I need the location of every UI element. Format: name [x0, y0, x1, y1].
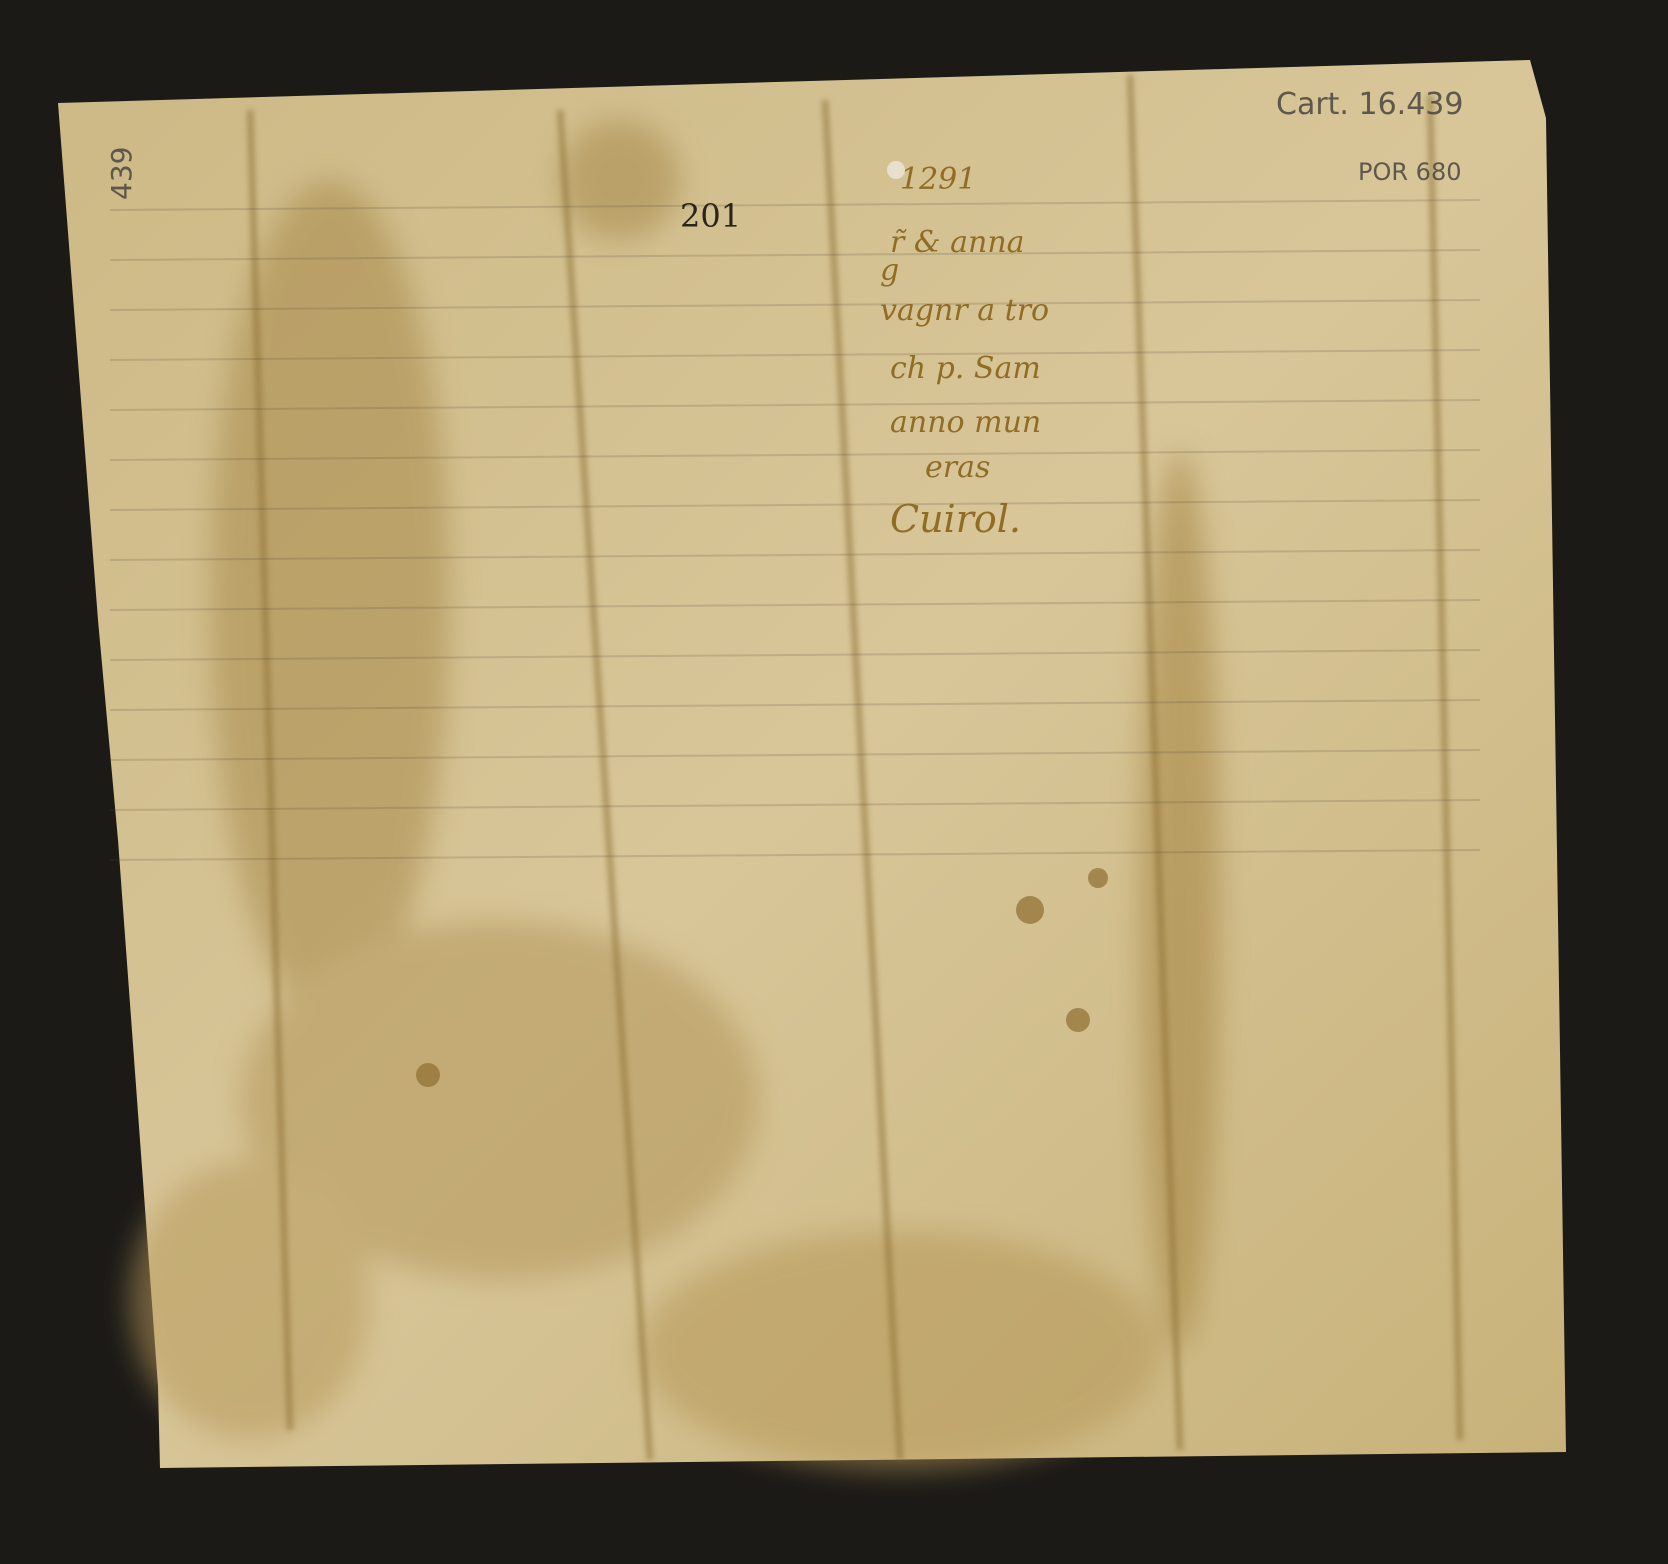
endorsement-line: anno mun: [890, 408, 1041, 438]
folio-number: 201: [680, 200, 741, 232]
parchment-shape: [0, 0, 1668, 1564]
margin-number: 439: [108, 147, 136, 200]
endorsement-line: Cuirol.: [890, 500, 1021, 538]
endorsement-line: r̃ & anna: [890, 228, 1025, 258]
endorsement-line: eras: [925, 453, 990, 483]
parchment-sheet: [0, 0, 1668, 1564]
endorsement-line: vagnr a tro: [880, 296, 1049, 326]
endorsement-line: g: [880, 256, 899, 286]
endorsement-line: ch p. Sam: [890, 354, 1041, 384]
por-reference: POR 680: [1358, 160, 1461, 184]
endorsement-year: 1291: [900, 165, 976, 195]
archive-reference: Cart. 16.439: [1276, 90, 1463, 120]
